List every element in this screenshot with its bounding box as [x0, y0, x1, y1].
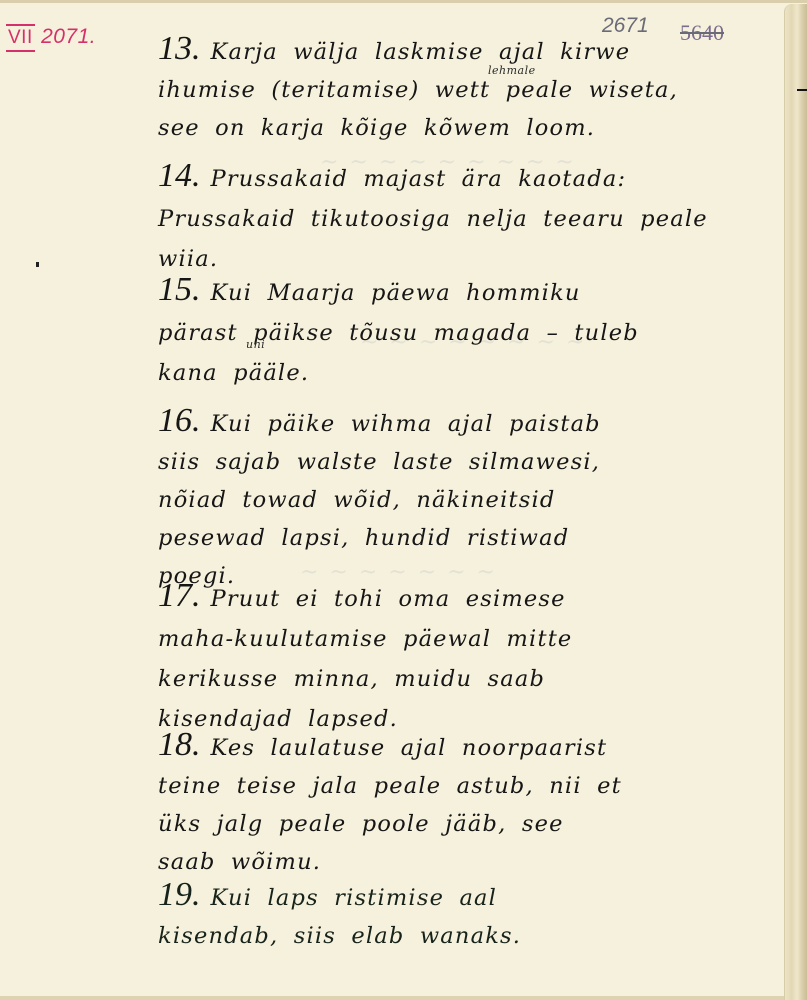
interlinear-insert: uni: [246, 338, 265, 351]
entry-14: 14.Prussakaid majast ära kaotada: Prussa…: [158, 156, 708, 279]
entry-18: 18.Kes laulatuse ajal noorpaarist teine …: [158, 726, 622, 881]
manuscript-page: ~ ~ ~ ~ ~ ~ ~ ~ ~ ~ ~ ~ ~ ~ ~ ~ ~ ~ ~ ~ …: [0, 0, 807, 1000]
entry-line: kisendab, siis elab wanaks.: [158, 917, 521, 955]
entry-line: 19.Kui laps ristimise aal: [158, 876, 521, 917]
entry-13: 13.Karja wälja laskmise ajal kirwe ihumi…: [158, 30, 678, 147]
entry-number: 15.: [158, 271, 201, 308]
entry-19: 19.Kui laps ristimise aal kisendab, siis…: [158, 876, 521, 955]
entry-16: 16.Kui päike wihma ajal paistab siis saj…: [158, 402, 601, 595]
entry-line: pärast päikse tõusu magada – tuleb: [158, 313, 639, 353]
entry-line: teine teise jala peale astub, nii et: [158, 767, 622, 805]
entry-line: Prussakaid tikutoosiga nelja teearu peal…: [158, 199, 708, 239]
entry-line: pesewad lapsi, hundid ristiwad: [158, 519, 601, 557]
entry-line: maha-kuulutamise päewal mitte: [158, 619, 572, 659]
entry-number: 17.: [158, 577, 201, 614]
entry-line: 18.Kes laulatuse ajal noorpaarist: [158, 726, 622, 767]
ink-speck: [36, 262, 39, 267]
entry-line: 14.Prussakaid majast ära kaotada:: [158, 156, 708, 199]
entry-number: 19.: [158, 876, 201, 913]
entry-line: siis sajab walste laste silmawesi,: [158, 443, 601, 481]
entry-number: 14.: [158, 157, 201, 194]
entry-line: kerikusse minna, muidu saab: [158, 659, 572, 699]
entry-line: 15.Kui Maarja päewa hommiku: [158, 270, 639, 313]
old-page-number-struck: 5640: [680, 20, 724, 46]
archive-item-number: 2071.: [41, 25, 96, 48]
entry-number: 13.: [158, 30, 201, 67]
entry-number: 18.: [158, 726, 201, 763]
entry-line: ihumise (teritamise) wett peale wiseta,: [158, 71, 678, 109]
entry-15: 15.Kui Maarja päewa hommiku pärast päiks…: [158, 270, 639, 393]
entry-line: 13.Karja wälja laskmise ajal kirwe: [158, 30, 678, 71]
margin-tick-mark: [797, 89, 807, 91]
page-binding-edge: [784, 4, 807, 1000]
archive-code: VII 2071.: [6, 24, 96, 52]
entry-line: nõiad towad wõid, näkineitsid: [158, 481, 601, 519]
entry-17: 17.Pruut ei tohi oma esimese maha-kuulut…: [158, 576, 572, 739]
entry-line: 17.Pruut ei tohi oma esimese: [158, 576, 572, 619]
interlinear-insert: lehmale: [488, 64, 536, 77]
entry-line: kana pääle.: [158, 353, 639, 393]
entry-line: üks jalg peale poole jääb, see: [158, 805, 622, 843]
entry-line: 16.Kui päike wihma ajal paistab: [158, 402, 601, 443]
archive-volume: VII: [6, 24, 35, 52]
entry-number: 16.: [158, 402, 201, 439]
entry-line: see on karja kõige kõwem loom.: [158, 109, 678, 147]
